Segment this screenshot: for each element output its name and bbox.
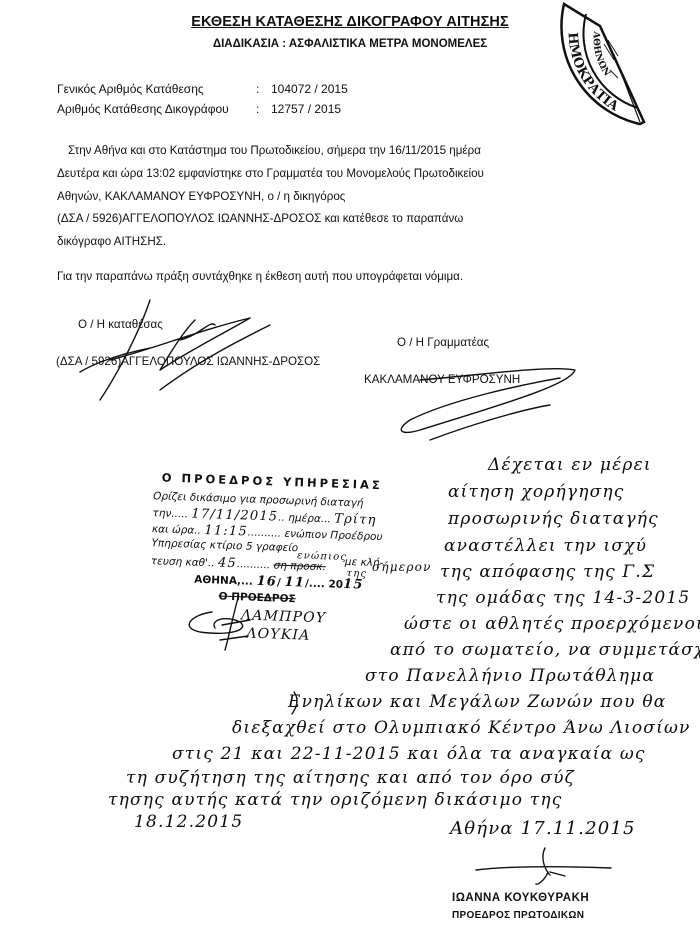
statement-line: Αθηνών, ΚΑΚΛΑΜΑΝΟΥ ΕΥΦΡΟΣΥΝΗ, ο / η δικη… — [57, 190, 345, 203]
handwritten-hearing-day: Τρίτη — [334, 512, 377, 528]
order-line: τησης αυτής κατά την οριζόμενη δικάσιμο … — [108, 790, 563, 810]
stamp-label: ημέρα — [288, 512, 321, 525]
order-line: της ομάδας της 14-3-2015 — [436, 588, 690, 608]
general-filing-number-label: Γενικός Αριθμός Κατάθεσης — [57, 82, 204, 96]
stamp-role: Ο ΠΡΟΕΔΡΟΣ — [218, 591, 295, 606]
handwritten-year: 15 — [343, 577, 364, 593]
court-seal-icon: ΗΜΟΚΡΑΤΙΑ ΑΘΗΝΩΝ — [560, 0, 700, 140]
clerk-name: ΚΑΚΛΑΜΑΝΟΥ ΕΥΦΡΟΣΥΝΗ — [364, 373, 520, 386]
separator: : — [256, 82, 259, 96]
document-filing-number-label: Αριθμός Κατάθεσης Δικογράφου — [57, 102, 229, 116]
filer-signature-icon — [100, 300, 270, 400]
order-line: ώστε οι αθλητές προερχόμενοι — [404, 614, 700, 634]
handwritten-hearing-date: 17/11/2015 — [191, 507, 278, 525]
stamp-title: Ο ΠΡΟΕΔΡΟΣ ΥΠΗΡΕΣΙΑΣ — [162, 470, 384, 492]
court-filing-document: ΕΚΘΕΣΗ ΚΑΤΑΘΕΣΗΣ ΔΙΚΟΓΡΑΦΟΥ ΑΙΤΗΣΗΣ ΔΙΑΔ… — [0, 0, 700, 947]
general-filing-number-value: 104072 / 2015 — [271, 82, 348, 96]
stamp-signer-surname: ΛΑΜΠΡΟΥ — [241, 607, 327, 626]
filer-label: Ο / Η καταθέσας — [78, 318, 163, 331]
handwritten-day: 16 — [256, 574, 277, 590]
order-line: Ενηλίκων και Μεγάλων Ζωνών που θα — [288, 692, 666, 712]
handwritten-annotation: σήμερον — [372, 560, 432, 574]
clerk-label: Ο / Η Γραμματέας — [397, 336, 489, 349]
stamp-signer-firstname: ΛΟΥΚΙΑ — [246, 626, 311, 644]
closing-statement: Για την παραπάνω πράξη συντάχθηκε η έκθε… — [57, 270, 463, 283]
order-line: διεξαχθεί στο Ολυμπιακό Κέντρο Άνω Λιοσί… — [232, 718, 691, 738]
order-line: στο Πανελλήνιο Πρωτάθλημα — [365, 666, 655, 686]
stamp-label: και ώρα — [152, 523, 195, 536]
order-place-date: Αθήνα 17.11.2015 — [450, 818, 636, 839]
judge-role: ΠΡΟΕΔΡΟΣ ΠΡΩΤΟΔΙΚΩΝ — [452, 910, 584, 921]
judge-signature-icon — [476, 848, 611, 884]
order-line: από το σωματείο, να συμμετάσχουν — [390, 640, 700, 660]
stamp-label: την — [152, 507, 171, 520]
stamp-date-row: ΑΘΗΝΑ,... 16/ 11/.... 2015 — [194, 572, 364, 593]
statement-line: Στην Αθήνα και στο Κατάστημα του Πρωτοδι… — [68, 144, 481, 157]
handwritten-hearing-time: 11:15 — [204, 523, 248, 540]
order-line: αίτηση χορήγησης — [448, 482, 625, 502]
stamp-label: τευση καθ' — [151, 555, 209, 569]
order-line: προσωρινής διαταγής — [448, 509, 659, 529]
order-line: 18.12.2015 — [134, 812, 243, 832]
order-line: τη συζήτηση της αίτησης και από τον όρο … — [126, 768, 575, 788]
struck-text: ση προσκ. — [273, 559, 326, 573]
stamp-label: ενώπιον Προέδρου — [284, 528, 382, 543]
president-stamp: Ο ΠΡΟΕΔΡΟΣ ΥΠΗΡΕΣΙΑΣ Ορίζει δικάσιμο για… — [142, 470, 388, 658]
order-line: της απόφασης της Γ.Σ — [440, 562, 655, 582]
order-line: αναστέλλει την ισχύ — [444, 536, 647, 556]
handwritten-deadline: 45 — [218, 556, 237, 572]
separator: : — [256, 102, 259, 116]
order-line: στις 21 και 22-11-2015 και όλα τα αναγκα… — [172, 744, 646, 764]
judge-name: ΙΩΑΝΝΑ ΚΟΥΚΘΥΡΑΚΗ — [452, 892, 589, 904]
handwritten-month: 11 — [284, 575, 305, 591]
statement-line: δικόγραφο ΑΙΤΗΣΗΣ. — [57, 235, 166, 248]
filer-name: (ΔΣΑ / 5926)ΑΓΓΕΛΟΠΟΥΛΟΣ ΙΩΑΝΝΗΣ-ΔΡΟΣΟΣ — [56, 355, 320, 368]
statement-line: (ΔΣΑ / 5926)ΑΓΓΕΛΟΠΟΥΛΟΣ ΙΩΑΝΝΗΣ-ΔΡΟΣΟΣ … — [57, 212, 463, 225]
document-filing-number-value: 12757 / 2015 — [271, 102, 341, 116]
stamp-city: ΑΘΗΝΑ — [194, 574, 237, 587]
order-line: Δέχεται εν μέρει — [488, 455, 652, 475]
statement-line: Δευτέρα και ώρα 13:02 εμφανίστηκε στο Γρ… — [57, 167, 484, 180]
